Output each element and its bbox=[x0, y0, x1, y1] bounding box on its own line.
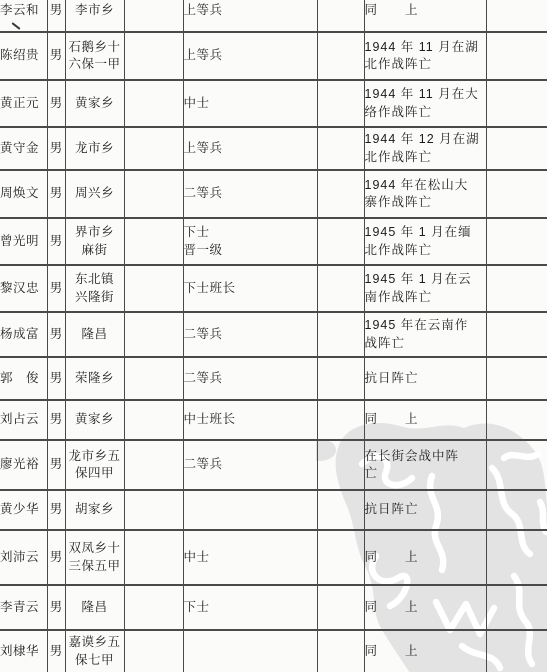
cell-rank: 中士 bbox=[183, 530, 317, 585]
cell-gender: 男 bbox=[47, 265, 65, 312]
cell-blank-c bbox=[486, 490, 547, 530]
cell-fate: 同 上 bbox=[364, 530, 486, 585]
cell-blank-c bbox=[486, 32, 547, 80]
cell-rank: 中士 bbox=[183, 80, 317, 127]
cell-blank-a bbox=[124, 127, 183, 170]
cell-fate: 1944 年在松山大 寨作战阵亡 bbox=[364, 170, 486, 218]
cell-hometown: 东北镇 兴隆街 bbox=[65, 265, 124, 312]
cell-blank-c bbox=[486, 630, 547, 672]
cell-blank-b bbox=[317, 530, 364, 585]
table-row: 黄守金男龙市乡上等兵1944 年 12 月在湖 北作战阵亡 bbox=[0, 127, 547, 170]
cell-fate: 1944 年 12 月在湖 北作战阵亡 bbox=[364, 127, 486, 170]
cell-fate: 在长街会战中阵 亡 bbox=[364, 440, 486, 490]
cell-gender: 男 bbox=[47, 80, 65, 127]
cell-name: 刘沛云 bbox=[0, 530, 47, 585]
cell-hometown: 隆昌 bbox=[65, 585, 124, 630]
cell-gender: 男 bbox=[47, 440, 65, 490]
cell-blank-c bbox=[486, 265, 547, 312]
cell-blank-b bbox=[317, 218, 364, 265]
cell-blank-c bbox=[486, 357, 547, 400]
cell-gender: 男 bbox=[47, 127, 65, 170]
cell-rank: 二等兵 bbox=[183, 312, 317, 357]
cell-blank-b bbox=[317, 127, 364, 170]
cell-hometown: 双凤乡十 三保五甲 bbox=[65, 530, 124, 585]
cell-gender: 男 bbox=[47, 585, 65, 630]
cell-blank-a bbox=[124, 585, 183, 630]
cell-fate: 1945 年在云南作 战阵亡 bbox=[364, 312, 486, 357]
cell-blank-b bbox=[317, 32, 364, 80]
cell-hometown: 周兴乡 bbox=[65, 170, 124, 218]
cell-fate: 同 上 bbox=[364, 630, 486, 672]
cell-blank-a bbox=[124, 440, 183, 490]
cell-blank-c bbox=[486, 127, 547, 170]
cell-gender: 男 bbox=[47, 32, 65, 80]
table-row: 刘棣华男嘉谟乡五 保七甲同 上 bbox=[0, 630, 547, 672]
cell-hometown: 荣隆乡 bbox=[65, 357, 124, 400]
cell-gender: 男 bbox=[47, 170, 65, 218]
table-row: 郭 俊男荣隆乡二等兵抗日阵亡 bbox=[0, 357, 547, 400]
cell-hometown: 隆昌 bbox=[65, 312, 124, 357]
table-row: 黄少华男胡家乡抗日阵亡 bbox=[0, 490, 547, 530]
cell-blank-b bbox=[317, 630, 364, 672]
cell-blank-b bbox=[317, 312, 364, 357]
cell-hometown: 黄家乡 bbox=[65, 80, 124, 127]
table-row: 黄正元男黄家乡中士1944 年 11 月在大 络作战阵亡 bbox=[0, 80, 547, 127]
cell-blank-a bbox=[124, 630, 183, 672]
cell-blank-c bbox=[486, 0, 547, 32]
cell-rank: 中士班长 bbox=[183, 400, 317, 440]
cell-blank-b bbox=[317, 585, 364, 630]
cell-rank: 二等兵 bbox=[183, 170, 317, 218]
cell-blank-b bbox=[317, 265, 364, 312]
cell-blank-b bbox=[317, 170, 364, 218]
cell-blank-a bbox=[124, 312, 183, 357]
cell-blank-a bbox=[124, 265, 183, 312]
cell-blank-c bbox=[486, 400, 547, 440]
cell-hometown: 李市乡 bbox=[65, 0, 124, 32]
cell-fate: 同 上 bbox=[364, 0, 486, 32]
cell-gender: 男 bbox=[47, 630, 65, 672]
cell-rank: 上等兵 bbox=[183, 0, 317, 32]
cell-rank: 二等兵 bbox=[183, 357, 317, 400]
table-row: 刘占云男黄家乡中士班长同 上 bbox=[0, 400, 547, 440]
cell-name: 周焕文 bbox=[0, 170, 47, 218]
cell-gender: 男 bbox=[47, 312, 65, 357]
cell-blank-c bbox=[486, 530, 547, 585]
table-row: 陈绍贵男石鹅乡十 六保一甲上等兵1944 年 11 月在湖 北作战阵亡 bbox=[0, 32, 547, 80]
cell-name: 黄守金 bbox=[0, 127, 47, 170]
cell-fate: 1944 年 11 月在大 络作战阵亡 bbox=[364, 80, 486, 127]
cell-rank: 下士 晋一级 bbox=[183, 218, 317, 265]
cell-gender: 男 bbox=[47, 400, 65, 440]
cell-fate: 1945 年 1 月在缅 北作战阵亡 bbox=[364, 218, 486, 265]
cell-fate: 抗日阵亡 bbox=[364, 357, 486, 400]
cell-hometown: 胡家乡 bbox=[65, 490, 124, 530]
table-row: 周焕文男周兴乡二等兵1944 年在松山大 寨作战阵亡 bbox=[0, 170, 547, 218]
cell-blank-b bbox=[317, 357, 364, 400]
cell-name: 郭 俊 bbox=[0, 357, 47, 400]
table-row: 李青云男隆昌下士同 上 bbox=[0, 585, 547, 630]
cell-name: 黄少华 bbox=[0, 490, 47, 530]
cell-blank-c bbox=[486, 80, 547, 127]
cell-name: 刘占云 bbox=[0, 400, 47, 440]
cell-hometown: 界市乡 麻街 bbox=[65, 218, 124, 265]
cell-hometown: 石鹅乡十 六保一甲 bbox=[65, 32, 124, 80]
cell-hometown: 嘉谟乡五 保七甲 bbox=[65, 630, 124, 672]
table-row: 刘沛云男双凤乡十 三保五甲中士同 上 bbox=[0, 530, 547, 585]
cell-blank-c bbox=[486, 312, 547, 357]
cell-blank-a bbox=[124, 357, 183, 400]
cell-gender: 男 bbox=[47, 490, 65, 530]
cell-gender: 男 bbox=[47, 218, 65, 265]
cell-blank-c bbox=[486, 440, 547, 490]
cell-fate: 抗日阵亡 bbox=[364, 490, 486, 530]
cell-blank-a bbox=[124, 490, 183, 530]
cell-fate: 1945 年 1 月在云 南作战阵亡 bbox=[364, 265, 486, 312]
cell-blank-c bbox=[486, 170, 547, 218]
cell-name: 陈绍贵 bbox=[0, 32, 47, 80]
cell-name: 杨成富 bbox=[0, 312, 47, 357]
cell-blank-a bbox=[124, 530, 183, 585]
scanned-document-page: 李云和男李市乡上等兵同 上陈绍贵男石鹅乡十 六保一甲上等兵1944 年 11 月… bbox=[0, 0, 547, 672]
cell-blank-b bbox=[317, 0, 364, 32]
cell-name: 李云和 bbox=[0, 0, 47, 32]
cell-blank-b bbox=[317, 490, 364, 530]
cell-rank bbox=[183, 630, 317, 672]
cell-rank: 二等兵 bbox=[183, 440, 317, 490]
cell-blank-b bbox=[317, 80, 364, 127]
table-row: 李云和男李市乡上等兵同 上 bbox=[0, 0, 547, 32]
roster-table: 李云和男李市乡上等兵同 上陈绍贵男石鹅乡十 六保一甲上等兵1944 年 11 月… bbox=[0, 0, 547, 672]
cell-blank-a bbox=[124, 170, 183, 218]
cell-fate: 同 上 bbox=[364, 400, 486, 440]
cell-blank-b bbox=[317, 400, 364, 440]
cell-name: 刘棣华 bbox=[0, 630, 47, 672]
cell-fate: 1944 年 11 月在湖 北作战阵亡 bbox=[364, 32, 486, 80]
cell-blank-a bbox=[124, 32, 183, 80]
cell-rank: 下士班长 bbox=[183, 265, 317, 312]
table-row: 曾光明男界市乡 麻街下士 晋一级1945 年 1 月在缅 北作战阵亡 bbox=[0, 218, 547, 265]
cell-name: 廖光裕 bbox=[0, 440, 47, 490]
cell-name: 黄正元 bbox=[0, 80, 47, 127]
cell-blank-c bbox=[486, 218, 547, 265]
roster-table-body: 李云和男李市乡上等兵同 上陈绍贵男石鹅乡十 六保一甲上等兵1944 年 11 月… bbox=[0, 0, 547, 672]
cell-gender: 男 bbox=[47, 530, 65, 585]
cell-name: 黎汉忠 bbox=[0, 265, 47, 312]
cell-gender: 男 bbox=[47, 357, 65, 400]
table-row: 黎汉忠男东北镇 兴隆街下士班长1945 年 1 月在云 南作战阵亡 bbox=[0, 265, 547, 312]
cell-gender: 男 bbox=[47, 0, 65, 32]
cell-blank-a bbox=[124, 80, 183, 127]
cell-rank: 上等兵 bbox=[183, 32, 317, 80]
cell-blank-b bbox=[317, 440, 364, 490]
cell-hometown: 龙市乡五 保四甲 bbox=[65, 440, 124, 490]
cell-name: 曾光明 bbox=[0, 218, 47, 265]
cell-rank: 上等兵 bbox=[183, 127, 317, 170]
cell-hometown: 黄家乡 bbox=[65, 400, 124, 440]
cell-blank-a bbox=[124, 0, 183, 32]
cell-blank-c bbox=[486, 585, 547, 630]
cell-blank-a bbox=[124, 400, 183, 440]
cell-rank bbox=[183, 490, 317, 530]
cell-rank: 下士 bbox=[183, 585, 317, 630]
cell-hometown: 龙市乡 bbox=[65, 127, 124, 170]
cell-fate: 同 上 bbox=[364, 585, 486, 630]
table-row: 廖光裕男龙市乡五 保四甲二等兵在长街会战中阵 亡 bbox=[0, 440, 547, 490]
cell-blank-a bbox=[124, 218, 183, 265]
table-row: 杨成富男隆昌二等兵1945 年在云南作 战阵亡 bbox=[0, 312, 547, 357]
cell-name: 李青云 bbox=[0, 585, 47, 630]
